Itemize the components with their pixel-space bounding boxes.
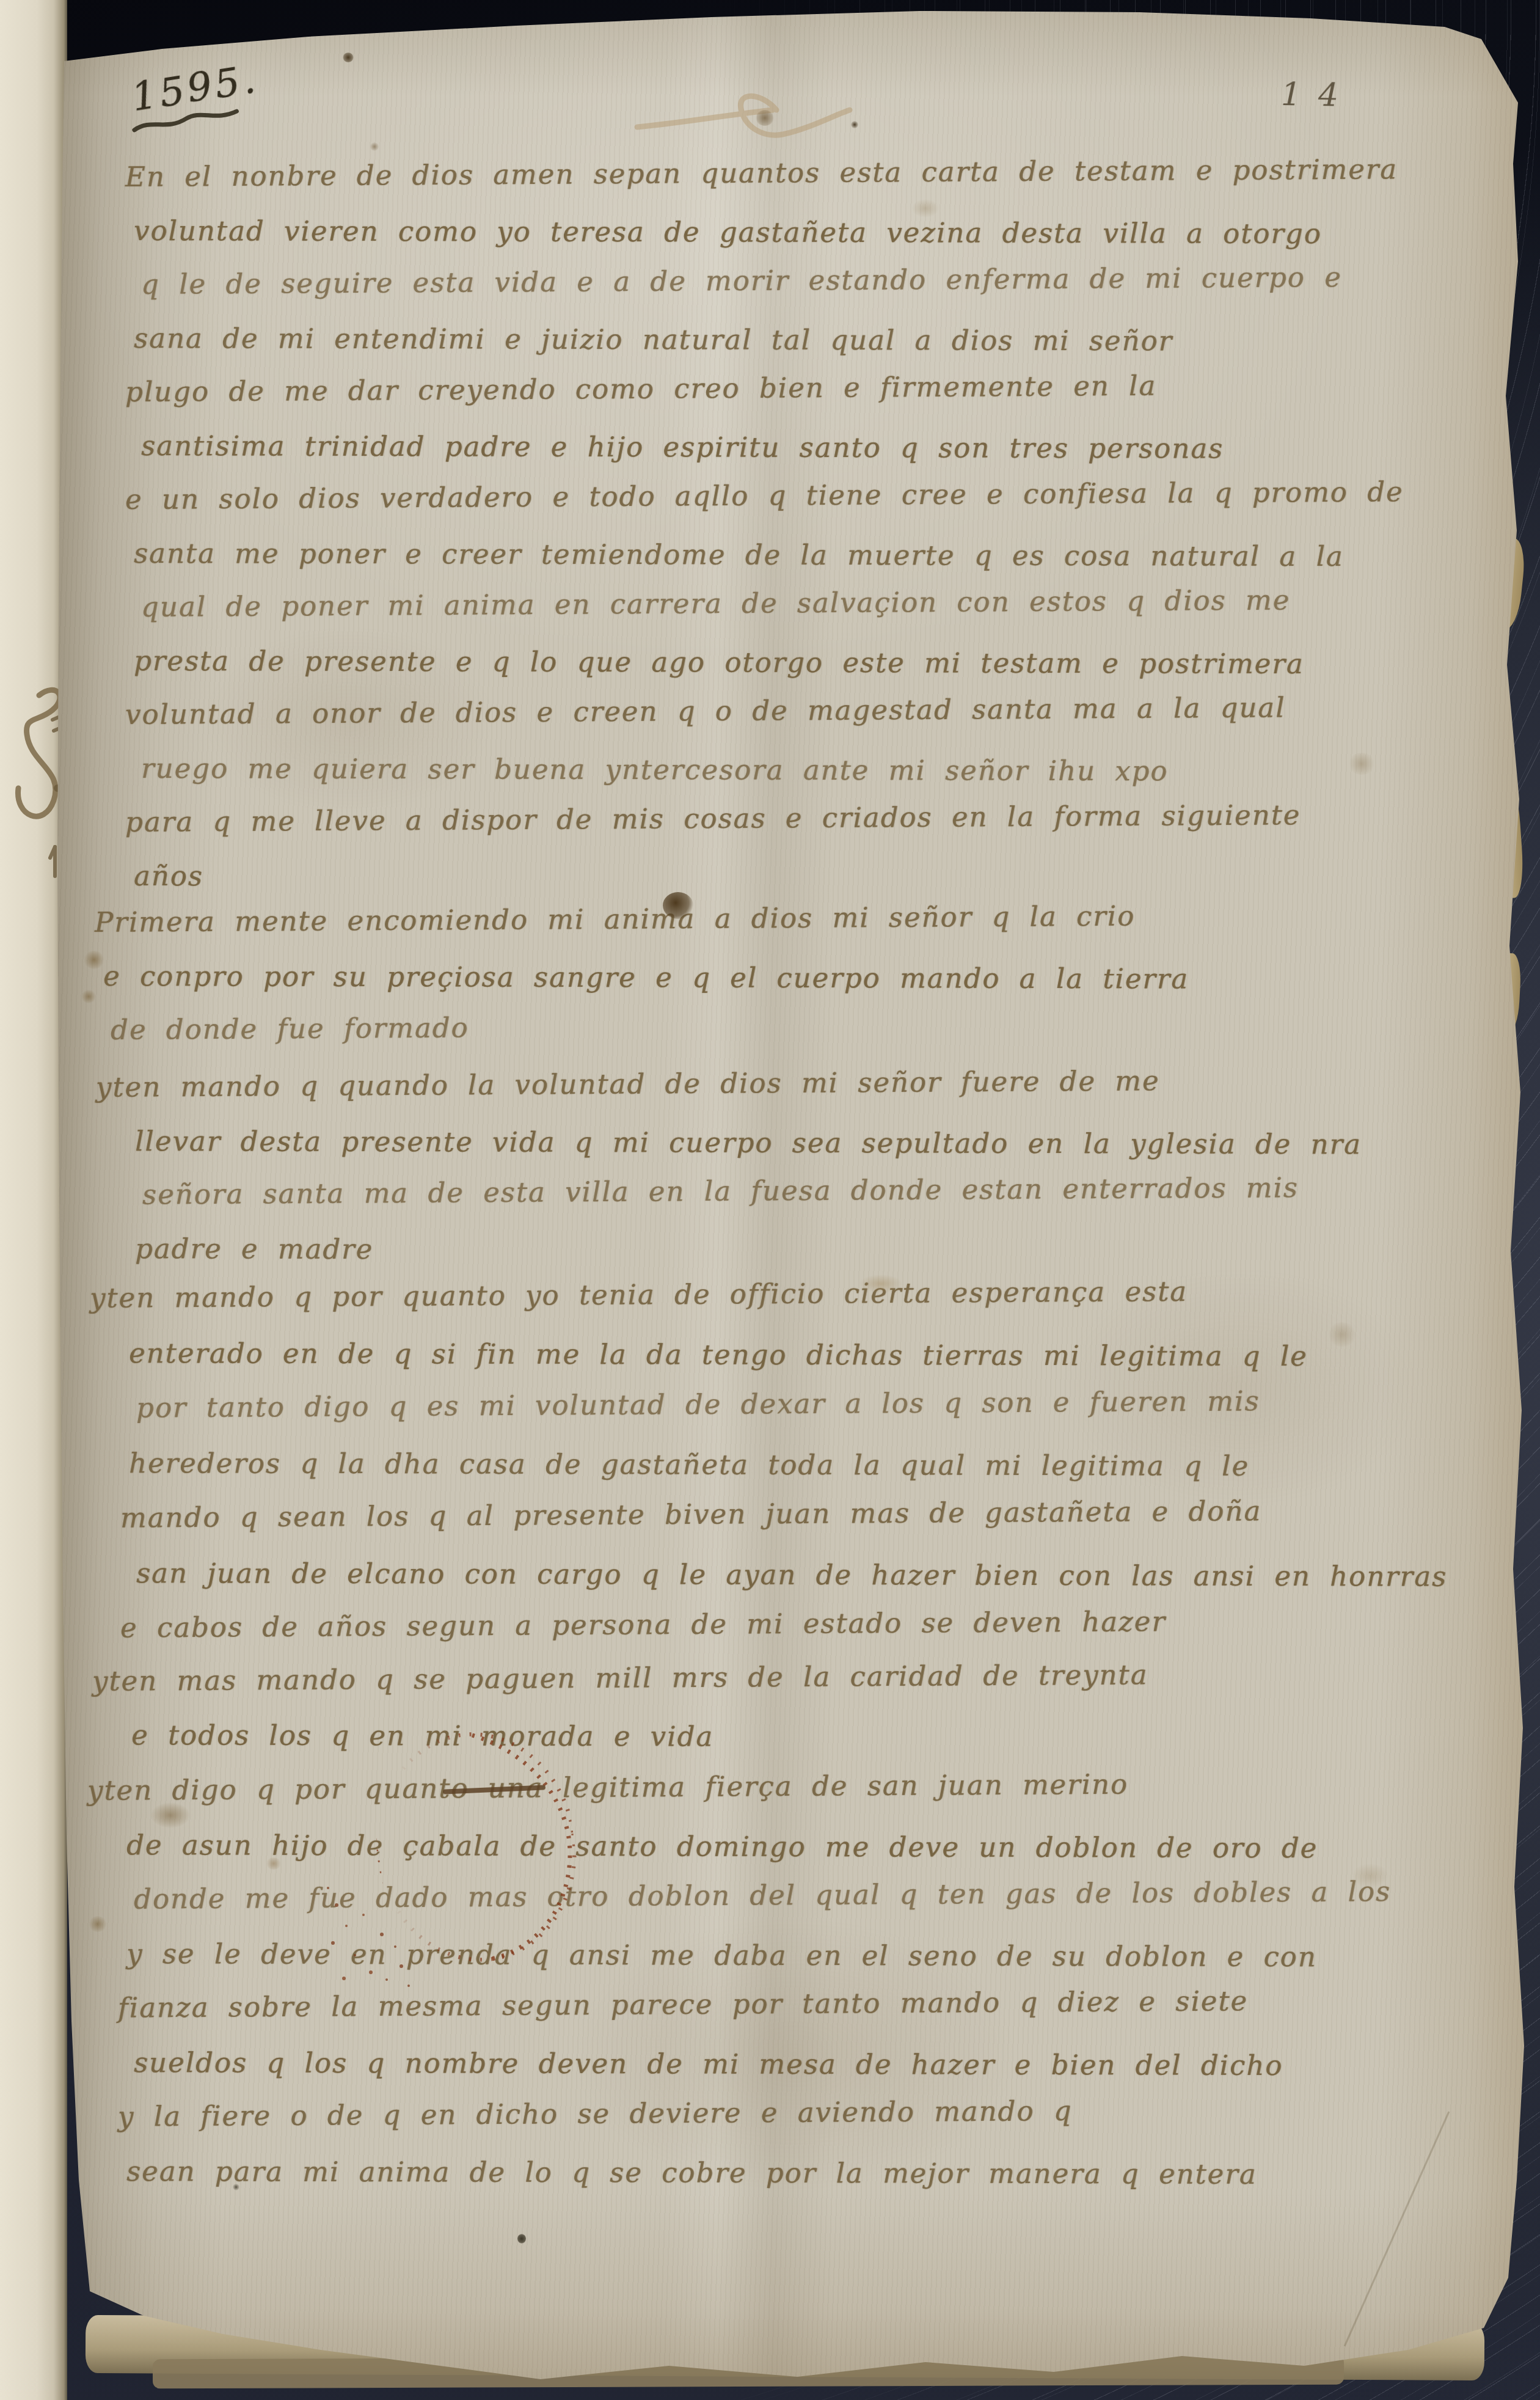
manuscript-line: e un solo dios verdadero e todo aqllo q … bbox=[125, 465, 1404, 527]
manuscript-line: fianza sobre la mesma segun parece por t… bbox=[87, 1973, 1392, 2035]
manuscript-line: de donde fue formado bbox=[111, 997, 1189, 1057]
manuscript-line: plugo de me dar creyendo como creo bien … bbox=[125, 357, 1404, 419]
manuscript-line: mando q sean los q al presente biven jua… bbox=[90, 1482, 1448, 1546]
manuscript-line: por tanto digo q es mi voluntad de dexar… bbox=[106, 1373, 1448, 1436]
manuscript-line: señora santa ma de esta villa en la fues… bbox=[112, 1161, 1362, 1222]
red-ring-stain bbox=[315, 1710, 608, 1991]
red-speckle-stains bbox=[327, 1887, 329, 1889]
top-cross-mark bbox=[632, 73, 858, 153]
manuscript-line: q le de seguire esta vida e a de morir e… bbox=[141, 250, 1404, 312]
stain bbox=[81, 990, 96, 1003]
manuscript-paragraph-6: yten digo q por quanto una legitima fier… bbox=[87, 1763, 1391, 2198]
manuscript-paragraph-1: En el nonbre de dios amen sepan quantos … bbox=[125, 150, 1404, 903]
manuscript-line: yten mas mando q se paguen mill mrs de l… bbox=[92, 1648, 1148, 1708]
manuscript-line: Primera mente encomiendo mi anima a dios… bbox=[95, 889, 1189, 949]
manuscript-line: e cabos de años segun a persona de mi es… bbox=[90, 1592, 1448, 1656]
stain bbox=[343, 53, 354, 62]
manuscript-line: y la fiere o de q en dicho se deviere e … bbox=[87, 2082, 1392, 2144]
book-page-edges-left bbox=[0, 0, 67, 2400]
manuscript-line: qual de poner mi anima en carrera de sal… bbox=[141, 573, 1404, 634]
manuscript-line: En el nonbre de dios amen sepan quantos … bbox=[125, 142, 1404, 204]
folio-number: 14 bbox=[1280, 76, 1356, 114]
manuscript-line: e todos los q en mi morada e vida bbox=[101, 1708, 1148, 1765]
manuscript-paragraph-5: yten mas mando q se paguen mill mrs de l… bbox=[92, 1655, 1148, 1762]
manuscript-page: 1595. 14 En el nonbre de dios amen sepan… bbox=[52, 5, 1536, 2388]
manuscript-line: yten digo q por quanto una legitima fier… bbox=[87, 1755, 1392, 1818]
manuscript-line: sean para mi anima de lo q se cobre por … bbox=[96, 2144, 1391, 2202]
worm-hole bbox=[517, 2234, 526, 2244]
manuscript-paragraph-2: Primera mente encomiendo mi anima a dios… bbox=[95, 896, 1189, 1057]
manuscript-line: voluntad a onor de dios e creen q o de m… bbox=[125, 680, 1404, 742]
manuscript-paragraph-3: yten mando q quando la voluntad de dios … bbox=[96, 1061, 1362, 1276]
manuscript-line: donde me fue dado mas otro doblon del qu… bbox=[103, 1864, 1392, 1926]
manuscript-paragraph-4: yten mando q por quanto yo tenia de offi… bbox=[90, 1271, 1447, 1656]
manuscript-line: yten mando q quando la voluntad de dios … bbox=[96, 1053, 1362, 1114]
manuscript-line: yten mando q por quanto yo tenia de offi… bbox=[90, 1262, 1448, 1326]
manuscript-line: para q me lleve a dispor de mis cosas e … bbox=[125, 788, 1404, 849]
